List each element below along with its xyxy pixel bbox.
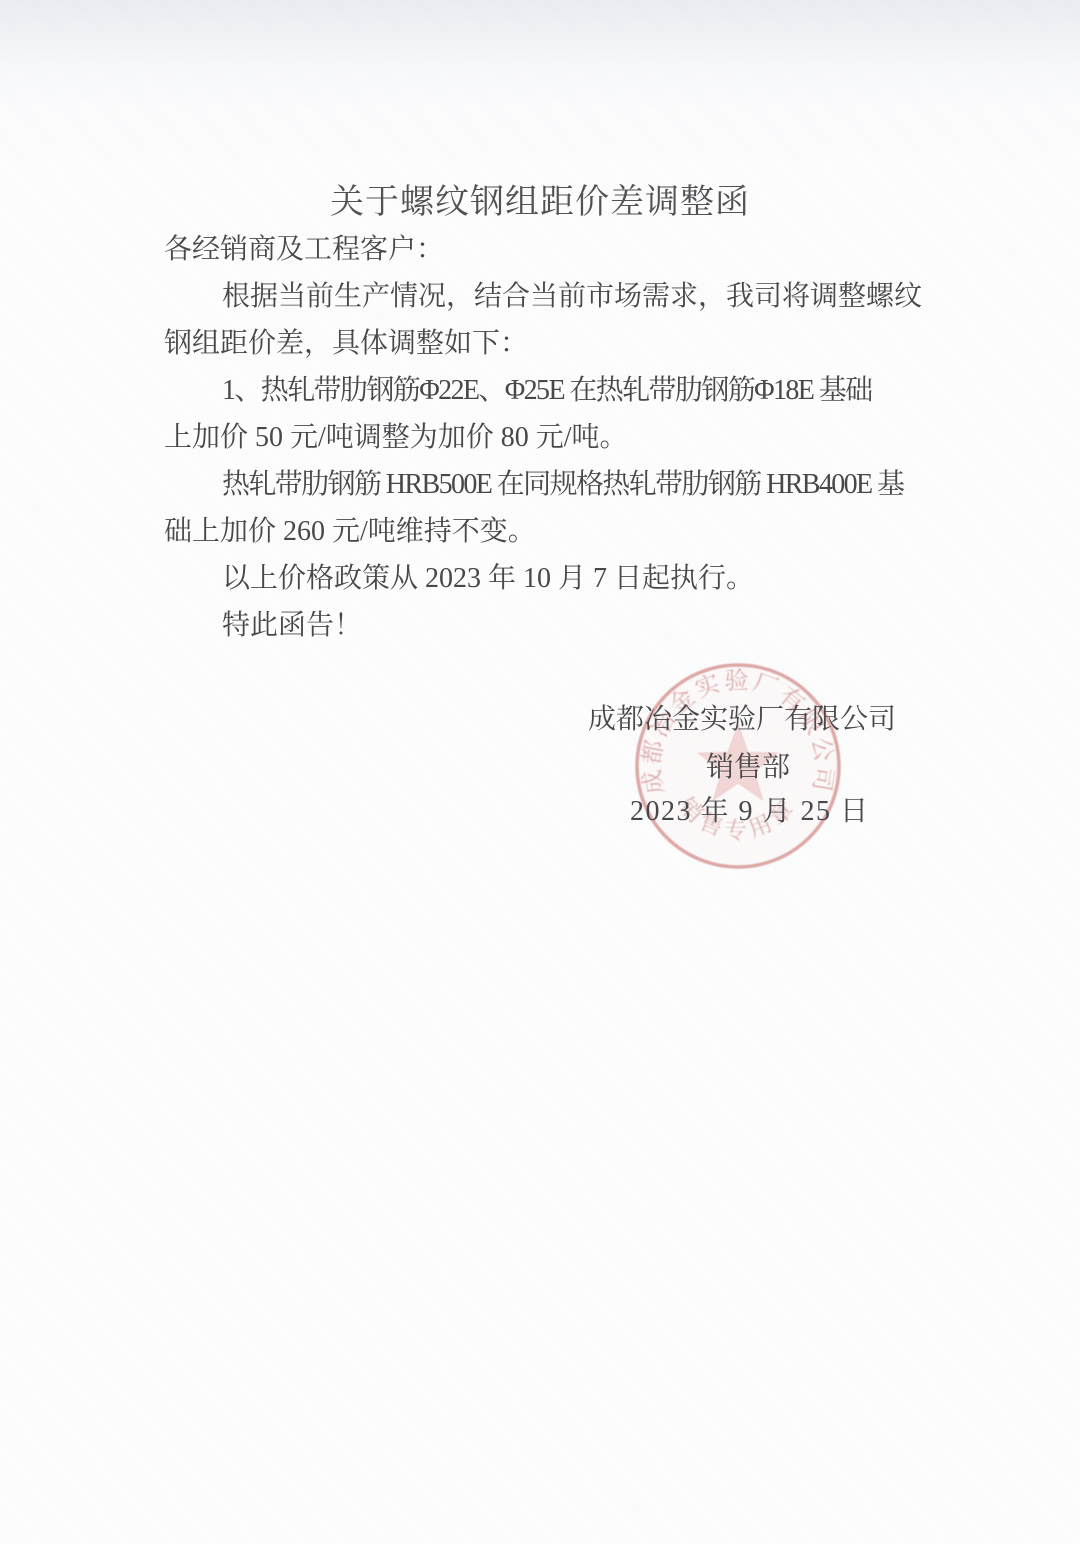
signature-company: 成都冶金实验厂有限公司 — [588, 700, 896, 740]
signature-department: 销售部 — [706, 748, 790, 788]
body-line: 根据当前生产情况，结合当前市场需求，我司将调整螺纹 — [164, 273, 916, 320]
body-line: 础上加价 260 元/吨维持不变。 — [164, 508, 916, 555]
body-line: 1、热轧带肋钢筋Φ22E、Φ25E 在热轧带肋钢筋Φ18E 基础 — [164, 367, 916, 414]
body-line: 钢组距价差，具体调整如下： — [164, 320, 916, 367]
body-line: 上加价 50 元/吨调整为加价 80 元/吨。 — [164, 414, 916, 461]
signature-date: 2023 年 9 月 25 日 — [630, 792, 870, 832]
letter-title: 关于螺纹钢组距价差调整函 — [0, 174, 1080, 223]
document-page: 关于螺纹钢组距价差调整函 各经销商及工程客户： 根据当前生产情况，结合当前市场需… — [0, 0, 1080, 1544]
body-line: 以上价格政策从 2023 年 10 月 7 日起执行。 — [164, 555, 916, 602]
closing-line: 特此函告！ — [164, 602, 916, 649]
letter-body: 各经销商及工程客户： 根据当前生产情况，结合当前市场需求，我司将调整螺纹 钢组距… — [164, 226, 916, 649]
salutation-line: 各经销商及工程客户： — [164, 226, 916, 273]
body-line: 热轧带肋钢筋 HRB500E 在同规格热轧带肋钢筋 HRB400E 基 — [164, 461, 916, 508]
